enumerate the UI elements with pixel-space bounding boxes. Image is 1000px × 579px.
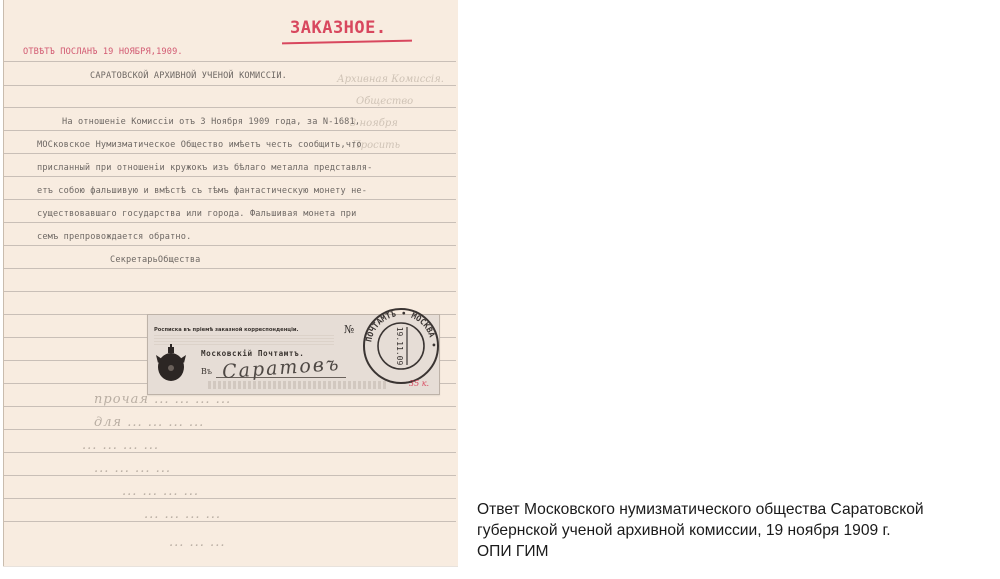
registered-mail-stamp: ЗАКАЗНОЕ. — [290, 18, 387, 38]
ruled-line — [4, 61, 456, 62]
caption-line: Ответ Московского нумизматического общес… — [477, 499, 997, 520]
ruled-line — [4, 85, 456, 86]
body-line: На отношеніе Комиссіи отъ 3 Ноября 1909 … — [62, 117, 360, 127]
ruled-line — [4, 176, 456, 177]
ruled-line — [4, 107, 456, 108]
addressee: САРАТОВСКОЙ АРХИВНОЙ УЧЕНОЙ КОМИССІИ. — [90, 71, 287, 81]
signature: СекретарьОбщества — [110, 255, 201, 265]
ruled-line — [4, 452, 456, 453]
ruled-line — [4, 153, 456, 154]
ruled-line — [4, 475, 456, 476]
handwritten-line: ... ... ... — [169, 535, 225, 550]
ruled-line — [4, 498, 456, 499]
ruled-line — [4, 245, 456, 246]
receipt-number-sign: № — [344, 323, 354, 336]
handwritten-line: для ... ... ... ... — [94, 415, 204, 430]
handwritten-line: ... ... ... ... — [144, 507, 221, 522]
destination-prefix: Въ — [201, 367, 212, 376]
moscow-postmark-icon: ПОЧТАМТЪ • МОСКВА • 19.11.09 — [360, 305, 442, 387]
handwritten-line: ... ... ... ... — [122, 484, 199, 499]
receipt-header: Росписка въ пріемѣ заказной корреспонден… — [154, 327, 299, 333]
document-page: Архивная Комиссія. Общество 3 ноября Про… — [3, 0, 458, 566]
body-line: присланный при отношеніи кружокъ изъ бѣл… — [37, 163, 372, 173]
image-caption: Ответ Московского нумизматического общес… — [477, 499, 997, 562]
reply-sent-note: ОТВѢТЪ ПОСЛАНЪ 19 НОЯБРЯ,1909. — [23, 47, 183, 57]
ruled-line — [4, 291, 456, 292]
body-line: етъ собою фальшивую и вмѣстѣ съ тѣмъ фан… — [37, 186, 367, 196]
ruled-line — [4, 130, 456, 131]
body-line: МОСковское Нумизматическое Общество имѣе… — [37, 140, 362, 150]
caption-line: ОПИ ГИМ — [477, 541, 997, 562]
ruled-line — [4, 429, 456, 430]
postage-fee: 35 к. — [409, 379, 429, 388]
show-through-text: Общество — [356, 96, 413, 107]
handwritten-line: ... ... ... ... — [82, 438, 159, 453]
ruled-line — [4, 521, 456, 522]
imperial-eagle-icon — [156, 343, 186, 385]
caption-line: губернской ученой архивной комиссии, 19 … — [477, 520, 997, 541]
body-line: существовавшаго государства или города. … — [37, 209, 356, 219]
show-through-text: Архивная Комиссія. — [337, 74, 444, 85]
handwritten-line: ... ... ... ... — [94, 461, 171, 476]
ruled-line — [4, 268, 456, 269]
ruled-line — [4, 222, 456, 223]
ruled-line — [4, 199, 456, 200]
stamp-underline — [282, 40, 412, 45]
body-line: семъ препровождается обратно. — [37, 232, 191, 242]
svg-text:19.11.09: 19.11.09 — [395, 327, 404, 366]
